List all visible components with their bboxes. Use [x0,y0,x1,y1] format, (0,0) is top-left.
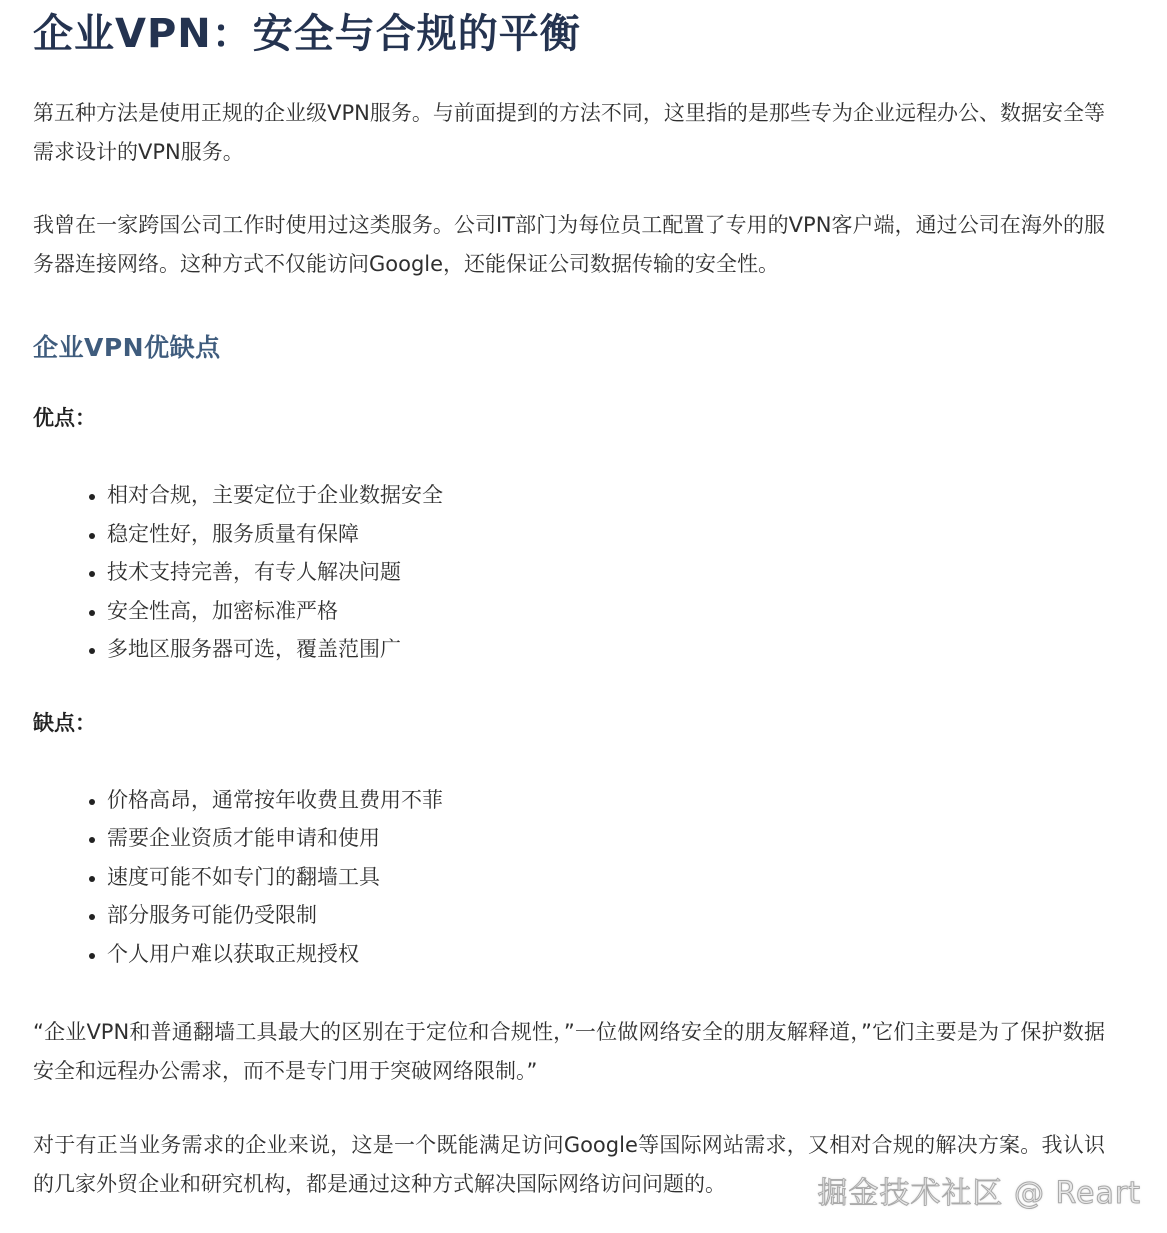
quote-paragraph: “企业VPN和普通翻墙工具最大的区别在于定位和合规性，”一位做网络安全的朋友解释… [33,1013,1105,1091]
pros-list-item: 多地区服务器可选，覆盖范围广 [107,630,1105,669]
pros-list-item: 安全性高，加密标准严格 [107,592,1105,631]
cons-label: 缺点： [33,707,1105,737]
cons-list-item: 速度可能不如专门的翻墙工具 [107,858,1105,897]
pros-list-item: 稳定性好，服务质量有保障 [107,515,1105,554]
cons-list-item: 需要企业资质才能申请和使用 [107,819,1105,858]
cons-list-item: 个人用户难以获取正规授权 [107,935,1105,974]
pros-list-item: 相对合规，主要定位于企业数据安全 [107,476,1105,515]
intro-paragraph: 第五种方法是使用正规的企业级VPN服务。与前面提到的方法不同，这里指的是那些专为… [33,94,1105,172]
closing-paragraph: 对于有正当业务需求的企业来说，这是一个既能满足访问Google等国际网站需求，又… [33,1126,1105,1204]
article-page: 企业VPN：安全与合规的平衡 第五种方法是使用正规的企业级VPN服务。与前面提到… [0,0,1167,1233]
page-title: 企业VPN：安全与合规的平衡 [33,8,1105,60]
experience-paragraph: 我曾在一家跨国公司工作时使用过这类服务。公司IT部门为每位员工配置了专用的VPN… [33,206,1105,284]
cons-list: 价格高昂，通常按年收费且费用不菲 需要企业资质才能申请和使用 速度可能不如专门的… [33,781,1105,974]
pros-list-item: 技术支持完善，有专人解决问题 [107,553,1105,592]
pros-list: 相对合规，主要定位于企业数据安全 稳定性好，服务质量有保障 技术支持完善，有专人… [33,476,1105,669]
pros-label: 优点： [33,402,1105,432]
cons-list-item: 部分服务可能仍受限制 [107,896,1105,935]
section-heading-pros-cons: 企业VPN优缺点 [33,328,1105,364]
cons-list-item: 价格高昂，通常按年收费且费用不菲 [107,781,1105,820]
